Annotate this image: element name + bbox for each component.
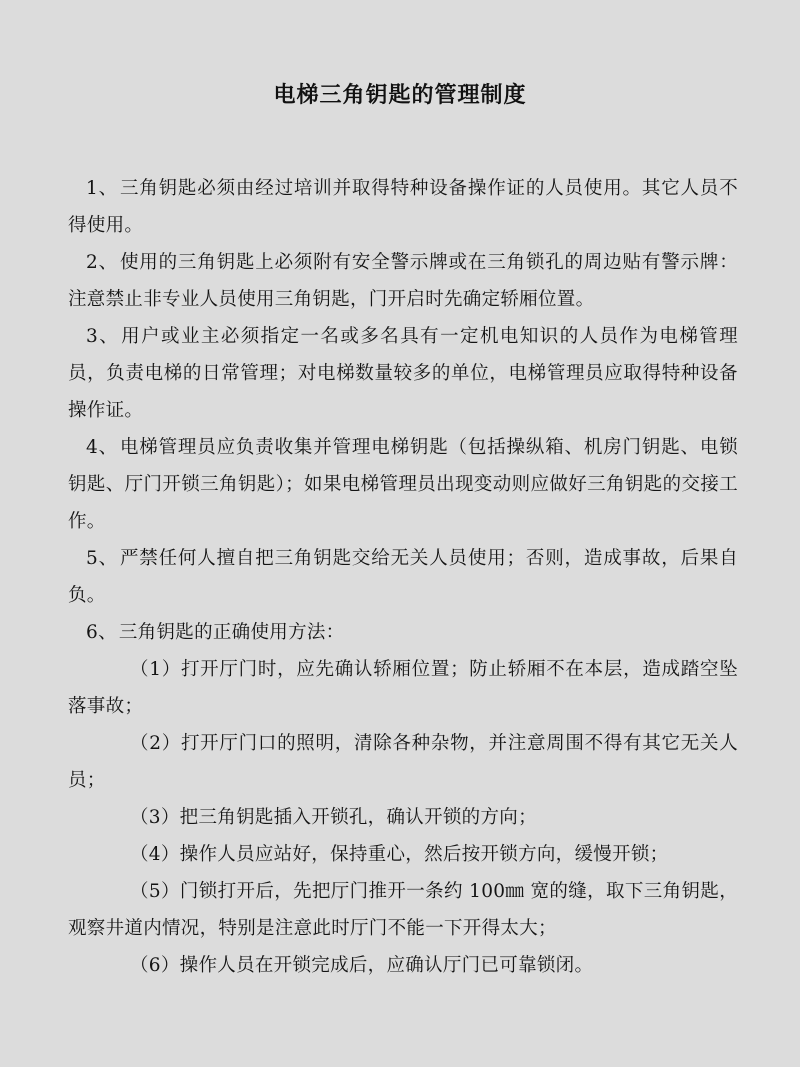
rule-item-6: 6、三角钥匙的正确使用方法： (68, 614, 738, 651)
rule-text: 使用的三角钥匙上必须附有安全警示牌或在三角锁孔的周边贴有警示牌：注意禁止非专业人… (68, 252, 738, 310)
rule-item-1: 1、三角钥匙必须由经过培训并取得特种设备操作证的人员使用。其它人员不得使用。 (68, 170, 738, 244)
step-text: 把三角钥匙插入开锁孔，确认开锁的方向； (180, 807, 537, 828)
rule-text: 严禁任何人擅自把三角钥匙交给无关人员使用；否则，造成事故，后果自负。 (68, 548, 738, 606)
rule-item-3: 3、用户或业主必须指定一名或多名具有一定机电知识的人员作为电梯管理员，负责电梯的… (68, 318, 738, 429)
rule-item-2: 2、使用的三角钥匙上必须附有安全警示牌或在三角锁孔的周边贴有警示牌：注意禁止非专… (68, 244, 738, 318)
usage-step-3: （3）把三角钥匙插入开锁孔，确认开锁的方向； (68, 799, 738, 836)
rule-item-5: 5、严禁任何人擅自把三角钥匙交给无关人员使用；否则，造成事故，后果自负。 (68, 540, 738, 614)
rule-number: 5、 (86, 548, 118, 569)
rule-text: 三角钥匙必须由经过培训并取得特种设备操作证的人员使用。其它人员不得使用。 (68, 178, 738, 236)
usage-step-1: （1）打开厅门时，应先确认轿厢位置；防止轿厢不在本层，造成踏空坠落事故； (68, 651, 738, 725)
rule-text: 用户或业主必须指定一名或多名具有一定机电知识的人员作为电梯管理员，负责电梯的日常… (68, 326, 738, 421)
rule-text: 三角钥匙的正确使用方法： (119, 622, 345, 643)
rule-number: 1、 (86, 178, 118, 199)
step-number: （3） (130, 807, 180, 828)
step-number: （5） (130, 881, 180, 902)
rule-number: 4、 (86, 437, 118, 458)
document-body: 1、三角钥匙必须由经过培训并取得特种设备操作证的人员使用。其它人员不得使用。 2… (68, 170, 738, 984)
usage-step-4: （4）操作人员应站好，保持重心，然后按开锁方向，缓慢开锁； (68, 836, 738, 873)
document-page: 电梯三角钥匙的管理制度 1、三角钥匙必须由经过培训并取得特种设备操作证的人员使用… (0, 0, 800, 1067)
rule-number: 6、 (86, 622, 117, 643)
step-number: （1） (130, 659, 181, 680)
rule-item-4: 4、电梯管理员应负责收集并管理电梯钥匙（包括操纵箱、机房门钥匙、电锁钥匙、厅门开… (68, 429, 738, 540)
rule-text: 电梯管理员应负责收集并管理电梯钥匙（包括操纵箱、机房门钥匙、电锁钥匙、厅门开锁三… (68, 437, 738, 532)
rule-number: 2、 (86, 252, 118, 273)
usage-step-2: （2）打开厅门口的照明，清除各种杂物，并注意周围不得有其它无关人员； (68, 725, 738, 799)
usage-step-6: （6）操作人员在开锁完成后，应确认厅门已可靠锁闭。 (68, 947, 738, 984)
usage-step-5: （5）门锁打开后，先把厅门推开一条约 100㎜ 宽的缝，取下三角钥匙，观察井道内… (68, 873, 738, 947)
document-title: 电梯三角钥匙的管理制度 (0, 78, 800, 109)
rule-number: 3、 (86, 326, 119, 347)
step-number: （2） (130, 733, 181, 754)
step-text: 操作人员应站好，保持重心，然后按开锁方向，缓慢开锁； (180, 844, 669, 865)
step-number: （6） (130, 955, 180, 976)
step-text: 操作人员在开锁完成后，应确认厅门已可靠锁闭。 (180, 955, 594, 976)
step-number: （4） (130, 844, 180, 865)
